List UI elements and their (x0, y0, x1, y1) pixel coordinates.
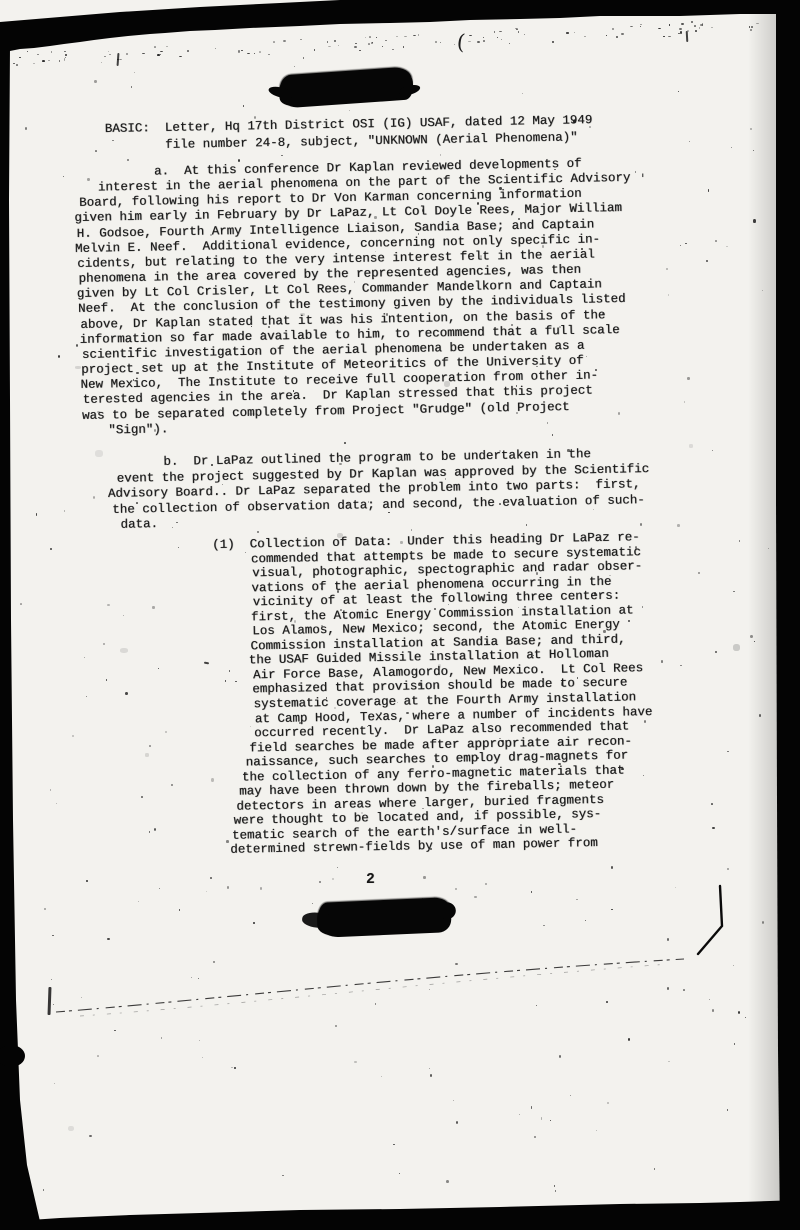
dust-speck (160, 54, 161, 55)
scanned-document-canvas: { "document": { "header_lines": [ "BASIC… (0, 0, 800, 1230)
dust-speck (522, 93, 523, 94)
dust-speck (706, 260, 708, 262)
dust-speck (354, 1061, 356, 1063)
page-number: 2 (366, 872, 375, 888)
dust-speck (107, 938, 109, 940)
dust-speck (27, 51, 28, 52)
dust-speck (257, 531, 259, 533)
dust-speck (753, 150, 754, 151)
dust-speck (210, 877, 212, 879)
smudge (68, 1126, 74, 1131)
dust-speck (64, 510, 65, 512)
dust-speck (552, 434, 554, 436)
dust-speck (97, 1055, 100, 1057)
dust-speck (403, 46, 404, 48)
scanned-page: BASIC: Letter, Hq 17th District OSI (IG)… (0, 0, 800, 1230)
dust-speck (134, 72, 135, 73)
dust-speck (440, 154, 442, 156)
dust-speck (393, 1144, 395, 1146)
dust-speck (455, 963, 457, 965)
dust-speck (715, 651, 717, 653)
dust-speck (519, 1114, 520, 1115)
dust-speck (584, 36, 587, 38)
dust-speck (681, 23, 684, 25)
dust-speck (559, 1055, 561, 1058)
dust-speck (683, 989, 684, 991)
dust-speck (509, 43, 511, 44)
dust-speck (314, 49, 315, 50)
dust-speck (72, 735, 74, 738)
dust-speck (108, 51, 109, 52)
dust-speck (158, 668, 159, 669)
dust-speck (678, 33, 680, 34)
dust-speck (399, 1173, 400, 1174)
dust-speck (125, 692, 127, 695)
dust-speck (576, 899, 578, 901)
dust-speck (382, 46, 383, 47)
dust-speck (238, 50, 240, 52)
dust-speck (65, 57, 66, 58)
dust-speck (354, 46, 357, 48)
dust-speck (694, 25, 696, 27)
dust-speck (13, 63, 15, 64)
dust-speck (708, 189, 710, 191)
dust-speck (768, 548, 769, 549)
dust-speck (56, 803, 57, 804)
dust-speck (160, 51, 163, 52)
dust-speck (454, 44, 455, 46)
dust-speck (456, 1121, 458, 1124)
dust-speck (423, 876, 426, 880)
dust-speck (369, 36, 372, 38)
dust-speck (429, 1068, 430, 1069)
dust-speck (86, 880, 88, 882)
dust-speck (37, 54, 39, 55)
dust-speck (109, 54, 111, 55)
dust-speck (727, 751, 730, 753)
dust-speck (385, 40, 387, 41)
dust-speck (469, 35, 472, 36)
dust-speck (106, 679, 108, 681)
dust-speck (759, 714, 761, 717)
dust-speck (95, 150, 97, 152)
dust-speck (199, 1040, 200, 1041)
dust-speck (750, 29, 751, 31)
dust-speck (231, 1067, 233, 1069)
dust-speck (94, 80, 96, 83)
dust-speck (750, 635, 753, 638)
dust-speck (667, 938, 669, 941)
dust-speck (700, 24, 703, 26)
dust-speck (179, 909, 180, 911)
dust-speck (243, 105, 245, 107)
dust-speck (359, 50, 362, 51)
dust-speck (753, 219, 756, 223)
dust-speck (684, 401, 685, 403)
dust-speck (103, 643, 105, 645)
dust-speck (126, 53, 128, 55)
dust-speck (727, 1109, 728, 1111)
dust-speck (635, 171, 636, 172)
dust-speck (294, 66, 295, 67)
dust-speck (319, 881, 321, 883)
dust-speck (355, 43, 357, 44)
dust-speck (745, 1017, 746, 1018)
dust-speck (739, 540, 740, 542)
dust-speck (206, 891, 207, 892)
dust-speck (191, 977, 192, 978)
dust-speck (435, 41, 436, 43)
smudge (95, 450, 103, 457)
dust-speck (396, 36, 398, 37)
dust-speck (430, 1074, 432, 1078)
dust-speck (142, 53, 145, 55)
dust-speck (58, 355, 60, 358)
paragraph-a: a. At this conference Dr Kaplan reviewed… (72, 156, 635, 439)
dust-speck (349, 110, 351, 111)
dust-speck (689, 141, 690, 142)
dust-speck (518, 31, 520, 33)
dust-speck (149, 745, 151, 747)
dust-speck (429, 989, 430, 990)
dust-speck (680, 245, 681, 246)
dust-speck (531, 891, 532, 892)
dust-speck (630, 26, 633, 27)
dust-speck (531, 1106, 533, 1108)
dust-speck (654, 1168, 655, 1169)
smudge (733, 644, 740, 651)
dust-speck (413, 35, 416, 36)
dust-speck (154, 46, 156, 48)
dust-speck (574, 32, 575, 33)
dust-speck (19, 57, 21, 58)
dust-speck (440, 42, 441, 43)
dust-speck (141, 796, 142, 798)
dust-speck (238, 159, 240, 162)
dust-speck (54, 1083, 55, 1084)
dust-speck (227, 886, 229, 888)
dust-speck (733, 591, 734, 592)
dust-speck (668, 1061, 669, 1062)
dust-speck (337, 867, 338, 869)
dust-speck (555, 1190, 556, 1192)
pen-mark (686, 31, 689, 42)
dust-speck (516, 29, 518, 31)
dust-speck (468, 41, 471, 42)
dust-speck (418, 34, 419, 36)
dust-speck (497, 37, 498, 38)
dust-speck (680, 665, 682, 666)
dust-speck (138, 901, 139, 902)
dust-speck (687, 377, 689, 380)
dust-speck (727, 868, 729, 870)
dust-speck (616, 36, 617, 38)
dust-speck (661, 660, 663, 662)
dust-speck (376, 37, 377, 39)
dust-speck (149, 831, 150, 833)
dust-speck (101, 62, 102, 63)
dust-speck (171, 784, 173, 786)
dust-speck (751, 26, 754, 28)
dust-speck (446, 1180, 448, 1183)
dust-speck (52, 935, 54, 937)
dust-speck (453, 1100, 454, 1102)
dust-speck (51, 51, 53, 53)
dust-speck (680, 31, 682, 33)
dust-speck (50, 789, 51, 791)
dust-speck (750, 128, 752, 130)
dust-speck (368, 43, 370, 45)
dust-speck (152, 606, 154, 609)
dust-speck (677, 524, 679, 527)
dust-speck (411, 529, 413, 531)
dust-speck (159, 888, 160, 889)
dust-speck (667, 987, 669, 990)
dust-speck (25, 127, 28, 130)
dust-speck (300, 39, 302, 40)
dust-speck (669, 24, 670, 25)
dust-speck (338, 45, 339, 46)
dust-speck (585, 920, 586, 921)
dust-speck (678, 91, 679, 92)
dust-speck (731, 147, 732, 148)
dust-speck (260, 887, 262, 889)
dust-speck (281, 155, 282, 157)
dust-speck (658, 28, 661, 29)
dust-speck (375, 1003, 377, 1005)
dust-speck (334, 40, 336, 42)
dust-speck (59, 60, 60, 62)
dust-speck (327, 41, 328, 43)
dust-speck (282, 1175, 283, 1176)
dust-speck (234, 1067, 236, 1069)
dust-speck (259, 51, 261, 53)
dust-speck (89, 1135, 91, 1137)
dust-speck (86, 696, 87, 697)
dust-speck (161, 1037, 162, 1038)
dust-speck (663, 36, 665, 37)
dust-speck (33, 63, 35, 64)
dust-speck (312, 903, 314, 905)
dust-speck (65, 54, 67, 55)
dust-speck (734, 1043, 736, 1045)
dust-speck (187, 50, 190, 52)
dust-speck (501, 39, 502, 40)
dust-speck (114, 1030, 115, 1032)
dust-speck (127, 159, 129, 161)
dust-speck (612, 28, 614, 30)
dust-speck (628, 1038, 630, 1041)
dust-speck (712, 827, 714, 829)
smudge (145, 753, 149, 756)
dust-speck (303, 57, 304, 59)
dust-speck (51, 979, 52, 980)
dust-speck (344, 442, 346, 444)
dust-speck (53, 1004, 54, 1005)
dust-speck (335, 1025, 337, 1027)
dust-speck (93, 496, 95, 499)
dust-speck (711, 803, 713, 805)
dust-speck (668, 294, 669, 296)
dust-speck (679, 28, 682, 30)
dust-speck (536, 1005, 537, 1006)
dust-speck (241, 50, 244, 51)
dust-speck (606, 35, 608, 36)
dust-speck (381, 1076, 382, 1077)
dust-speck (607, 1102, 609, 1104)
dust-speck (611, 866, 613, 869)
dust-speck (762, 921, 764, 924)
dust-speck (131, 86, 133, 88)
stray-apostrophe-mark: ' (641, 172, 645, 187)
dust-speck (283, 40, 286, 42)
dust-speck (64, 58, 65, 60)
dust-speck (63, 176, 64, 177)
smudge (120, 648, 128, 653)
dust-speck (165, 731, 167, 733)
dust-speck (534, 1136, 536, 1138)
dust-speck (253, 922, 255, 924)
dust-speck (215, 48, 217, 49)
dust-speck (332, 878, 334, 880)
dust-speck (42, 60, 45, 62)
dust-speck (36, 513, 38, 515)
pen-mark (204, 662, 209, 665)
dust-speck (64, 51, 66, 52)
dust-speck (640, 24, 642, 25)
dust-speck (404, 36, 407, 37)
dust-speck (675, 887, 676, 888)
dust-speck (44, 908, 46, 910)
dust-speck (247, 53, 250, 54)
dust-speck (84, 657, 85, 658)
dust-speck (20, 603, 22, 605)
dust-speck (178, 547, 179, 549)
dust-speck (733, 965, 734, 966)
dust-speck (477, 41, 480, 43)
dust-speck (552, 41, 554, 42)
dust-speck (712, 450, 713, 451)
dust-speck (738, 1011, 740, 1014)
dust-speck (202, 1057, 203, 1058)
dust-speck (16, 64, 17, 66)
dust-speck (455, 888, 457, 890)
dust-speck (554, 1185, 555, 1187)
dust-speck (685, 243, 687, 244)
dust-speck (499, 31, 502, 32)
dust-speck (640, 26, 641, 27)
dust-speck (606, 1001, 609, 1003)
dust-speck (166, 46, 168, 47)
dust-speck (328, 46, 331, 47)
dust-speck (48, 60, 50, 61)
paragraph-b: b. Dr LaPaz outlined the program to be u… (103, 446, 650, 534)
dust-speck (123, 615, 125, 616)
pen-mark (48, 987, 51, 1015)
dust-speck (711, 27, 713, 29)
dust-speck (570, 1095, 571, 1096)
dust-speck (483, 37, 484, 38)
dust-speck (709, 999, 710, 1000)
smudge (689, 444, 693, 447)
redaction-stamp-bottom (317, 897, 450, 936)
item-1-collection-of-data: (1) Collection of Data: Under this headi… (212, 530, 655, 858)
dust-speck (695, 30, 698, 32)
dust-speck (494, 31, 495, 33)
dust-speck (179, 56, 182, 57)
dust-speck (543, 925, 544, 926)
dust-speck (611, 909, 613, 911)
dust-speck (107, 604, 109, 606)
dust-speck (762, 290, 763, 291)
dust-speck (474, 896, 477, 899)
dust-speck (485, 883, 487, 885)
dust-speck (550, 1120, 551, 1121)
dust-speck (213, 961, 215, 963)
dust-speck (715, 240, 717, 241)
dust-speck (392, 49, 394, 50)
dust-speck (666, 268, 668, 271)
dust-speck (699, 27, 700, 29)
dust-speck (50, 548, 51, 549)
dust-speck (483, 40, 485, 41)
dust-speck (81, 997, 82, 998)
dust-speck (691, 21, 692, 23)
dust-speck (119, 59, 122, 60)
dust-speck (754, 641, 755, 642)
dust-speck (726, 246, 728, 247)
dust-speck (154, 828, 156, 831)
dust-speck (621, 33, 624, 35)
dust-speck (756, 23, 759, 24)
dust-speck (712, 1009, 714, 1012)
dust-speck (698, 572, 699, 573)
dust-speck (596, 1130, 597, 1131)
dust-speck (524, 34, 525, 35)
dust-speck (566, 32, 568, 33)
dust-speck (104, 56, 106, 57)
dust-speck (198, 978, 199, 979)
dust-speck (365, 37, 366, 38)
dust-speck (668, 36, 671, 37)
dust-speck (541, 1117, 543, 1119)
dust-speck (273, 41, 275, 43)
dust-speck (254, 53, 255, 54)
dust-speck (43, 1189, 45, 1190)
dust-speck (268, 54, 270, 55)
